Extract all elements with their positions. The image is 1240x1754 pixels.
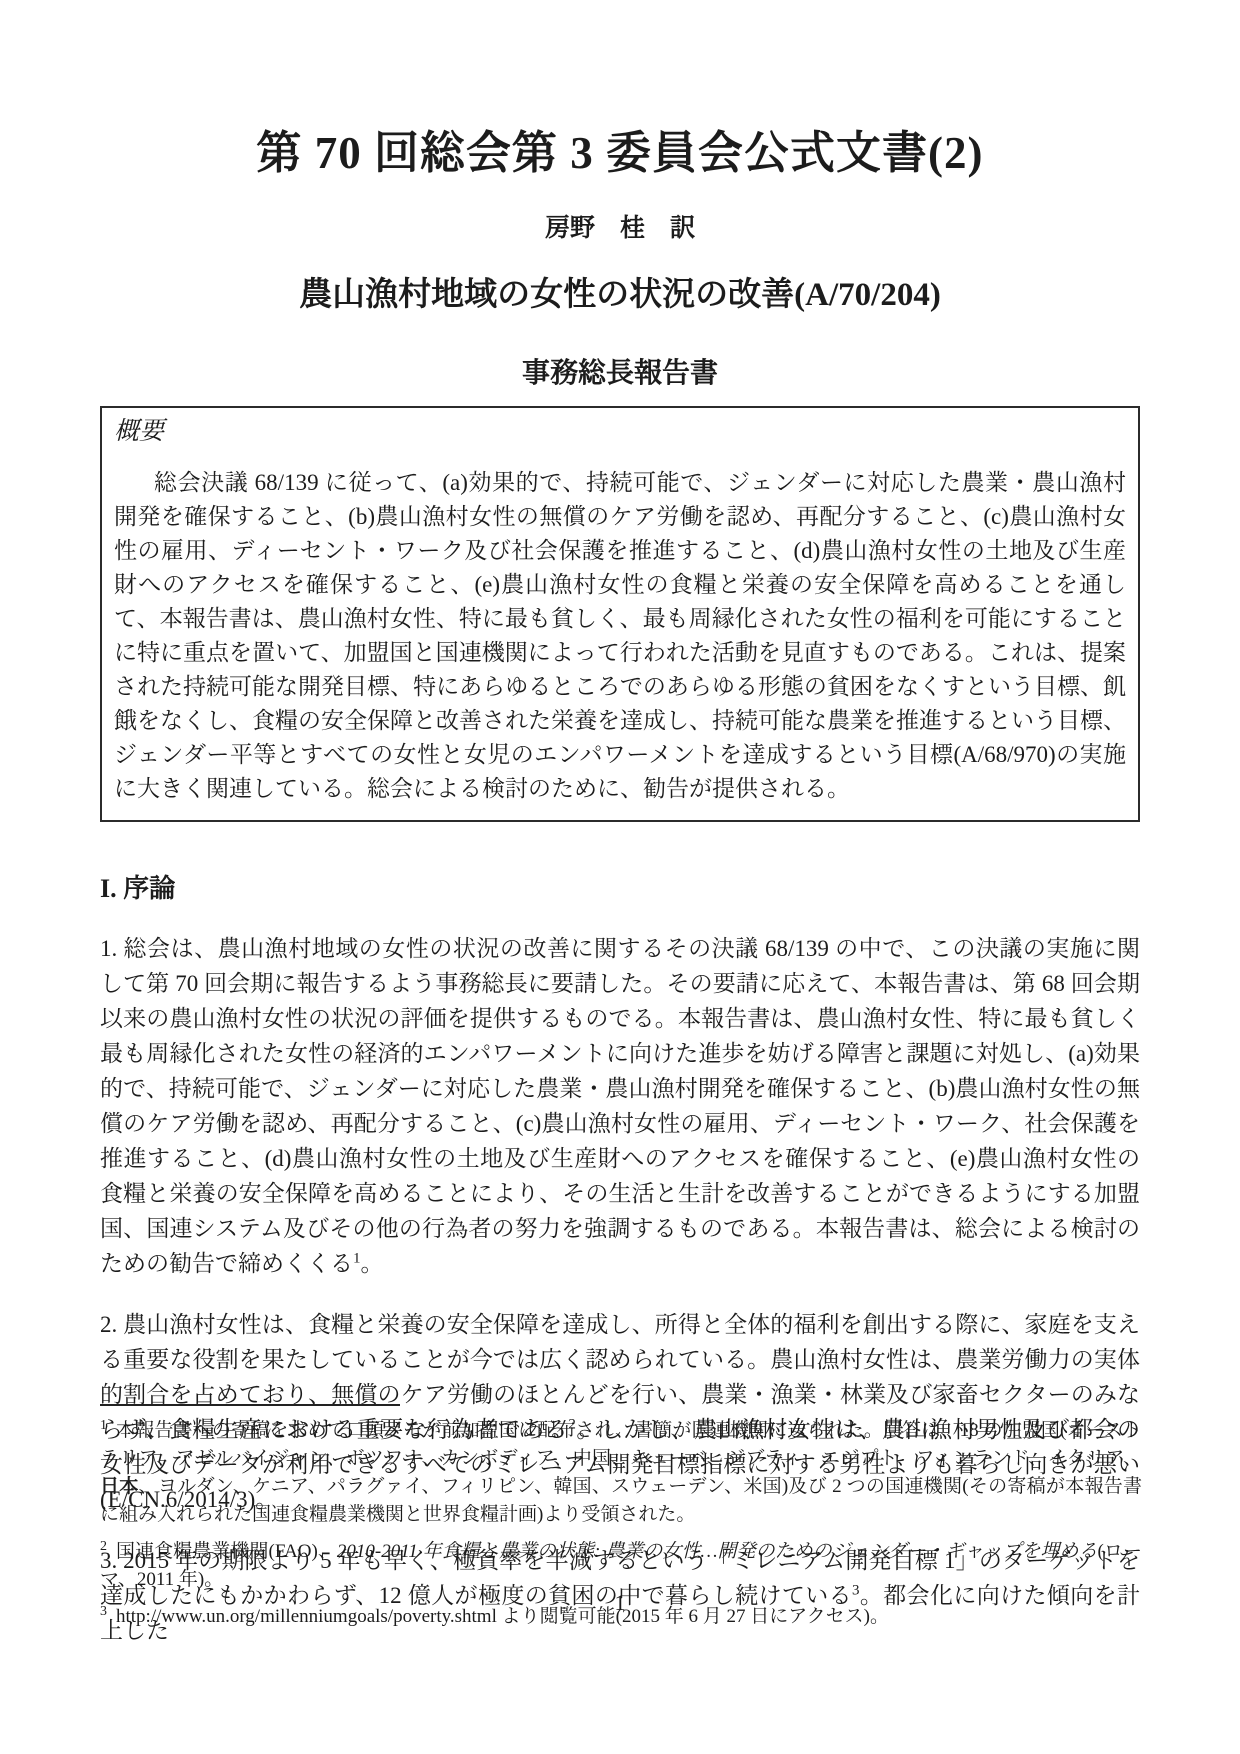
footnote-1-text-b: 、ヨルダン、ケニア、パラグァイ、フィリピン、韓国、スウェーデン、米国)及び 2 … [100, 1476, 1142, 1525]
summary-label: 概要 [114, 416, 1126, 448]
document-page: 第 70 回総会第 3 委員会公式文書(2) 房野 桂 訳 農山漁村地域の女性の… [0, 0, 1240, 1754]
summary-box: 概要 総会決議 68/139 に従って、(a)効果的で、持続可能で、ジェンダーに… [100, 406, 1140, 822]
footnote-1-bold-text: 日本 [100, 1476, 139, 1497]
document-subtitle: 農山漁村地域の女性の状況の改善(A/70/204) [100, 268, 1140, 315]
footnote-2: 2国連食糧農業機関(FAO)、2010-2011 年食糧と農業の状態: 農業の女… [100, 1538, 1142, 1594]
translator-line: 房野 桂 訳 [100, 208, 1140, 244]
paragraph-1-text: 1. 総会は、農山漁村地域の女性の状況の改善に関するその決議 68/139 の中… [100, 936, 1140, 1276]
footnote-1-marker: 1 [100, 1418, 107, 1433]
paragraph-1-tail: 。 [361, 1251, 384, 1276]
paragraph-1: 1. 総会は、農山漁村地域の女性の状況の改善に関するその決議 68/139 の中… [100, 931, 1140, 1281]
report-heading: 事務総長報告書 [100, 351, 1140, 391]
footnote-2-prefix: 国連食糧農業機関(FAO)、 [116, 1541, 337, 1562]
section-heading-introduction: I. 序論 [100, 868, 1140, 905]
footnote-separator-rule [100, 1404, 400, 1406]
footnote-ref-1: 1 [353, 1250, 361, 1266]
page-number: 1 [0, 1590, 1240, 1616]
footnote-2-marker: 2 [100, 1539, 107, 1554]
footnote-2-publication-title: 2010-2011 年食糧と農業の状態: 農業の女性…開発のためのジェンダー・ギ… [337, 1541, 1098, 1562]
footnote-1-text-a: 本報告書への寄稿を求めて口頭メモが前加盟国に配布され、書簡が国連機関に送られた。… [100, 1420, 1142, 1469]
summary-body-text: 総会決議 68/139 に従って、(a)効果的で、持続可能で、ジェンダーに対応し… [114, 466, 1126, 806]
footnote-1: 1本報告書への寄稿を求めて口頭メモが前加盟国に配布され、書簡が国連機関に送られた… [100, 1417, 1142, 1529]
document-title: 第 70 回総会第 3 委員会公式文書(2) [100, 126, 1140, 180]
